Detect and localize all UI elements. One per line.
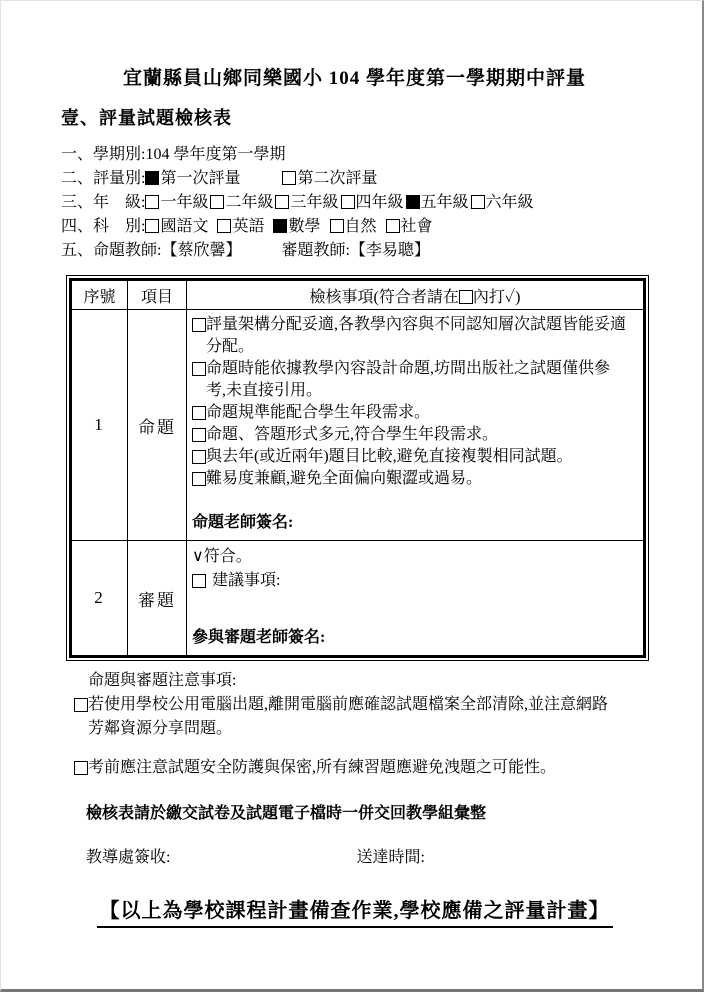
check-item-checkbox[interactable] [192,362,206,376]
check-item-text: 與去年(或近兩年)題目比較,避免直接複製相同試題。 [206,446,573,468]
suggestion-checkbox[interactable] [192,574,206,588]
check-item: 難易度兼顧,避免全面偏向艱澀或過易。 [192,468,639,490]
check-item: 命題、答題形式多元,符合學生年段需求。 [192,424,639,446]
note-checkbox[interactable] [74,698,88,712]
submit-note: 檢核表請於繳交試卷及試題電子檔時一併交回教學組彙整 [86,802,648,826]
check-item-text: 難易度兼顧,避免全面偏向艱澀或過易。 [206,468,482,490]
subject-1-label: 國語文 [160,218,208,235]
subject-line: 四、科 別:國語文英語數學自然社會 [61,215,648,239]
teachers-line: 五、命題教師:【蔡欣馨】審題教師:【李易聰】 [61,239,648,263]
assessment-option-1: 第一次評量 [145,170,240,187]
check-item-checkbox[interactable] [192,472,206,486]
document-content: 宜蘭縣員山鄉同樂國小 104 學年度第一學期期中評量 壹、評量試題檢核表 一、學… [1,1,702,928]
note-item: 考前應注意試題安全防護與保密,所有練習題應避免洩題之可能性。 [74,756,648,780]
subject-1-checkbox[interactable] [145,219,159,233]
proposer-teacher-name: 【蔡欣馨】 [161,242,241,259]
assessment-line: 二、評量別:第一次評量第二次評量 [61,167,648,191]
row1-item: 命題 [128,310,187,541]
grade-option-4: 四年級 [341,194,404,211]
subject-option-5: 社會 [386,218,433,235]
grade-label: 三、年 級: [61,194,145,211]
seq-header: 序號 [71,280,128,310]
semester-label: 一、學期別: [61,146,145,163]
check-item: 與去年(或近兩年)題目比較,避免直接複製相同試題。 [192,446,639,468]
subject-2-label: 英語 [232,218,264,235]
review-teacher-name: 【李易聰】 [350,242,430,259]
subject-option-1: 國語文 [145,218,208,235]
semester-line: 一、學期別:104 學年度第一學期 [61,143,648,167]
note-text: 若使用學校公用電腦出題,離開電腦前應確認試題檔案全部清除,並注意網路芳鄰資源分享… [88,693,608,741]
criteria-header-text-pre: 檢核事項(符合者請在 [310,289,459,306]
row2-item: 審題 [128,541,187,657]
row2-content: ∨符合。 建議事項: 參與審題老師簽名: [187,541,645,657]
subject-4-checkbox[interactable] [330,219,344,233]
grade-1-label: 一年級 [160,194,208,211]
checklist-table: 序號 項目 檢核事項(符合者請在內打✓) 1 命題 評量架構分配妥適,各教學內容… [69,278,646,658]
grade-3-label: 三年級 [290,194,338,211]
grade-option-5: 五年級 [406,194,469,211]
grade-option-2: 二年級 [210,194,273,211]
check-item: 命題時能依據教學內容設計命題,坊間出版社之試題僅供參考,未直接引用。 [192,358,639,402]
criteria-header-checkbox [459,290,473,304]
bottom-banner: 【以上為學校課程計畫備查作業,學校應備之評量計畫】 [97,894,613,928]
delivery-time-label: 送達時間: [356,849,424,866]
check-item-checkbox[interactable] [192,450,206,464]
subject-5-checkbox[interactable] [386,219,400,233]
check-item-text: 命題時能依據教學內容設計命題,坊間出版社之試題僅供參考,未直接引用。 [206,358,628,402]
review-agree-mark: ∨符合。 [192,545,639,569]
subject-3-checkbox[interactable] [273,219,287,233]
document-title: 宜蘭縣員山鄉同樂國小 104 學年度第一學期期中評量 [61,63,648,90]
proposer-signature-label: 命題老師簽名: [192,512,639,534]
check-item-checkbox[interactable] [192,318,206,332]
grade-6-checkbox[interactable] [471,195,485,209]
grade-4-checkbox[interactable] [341,195,355,209]
grade-2-label: 二年級 [225,194,273,211]
row1-content: 評量架構分配妥適,各教學內容與不同認知層次試題皆能妥適分配。 命題時能依據教學內… [187,310,645,541]
subject-option-4: 自然 [330,218,377,235]
office-sign-label: 教導處簽收: [86,849,170,866]
grade-5-checkbox[interactable] [406,195,420,209]
assessment-2-label: 第二次評量 [297,170,377,187]
criteria-header: 檢核事項(符合者請在內打✓) [187,280,645,310]
semester-value: 104 學年度第一學期 [145,146,285,163]
note-text: 考前應注意試題安全防護與保密,所有練習題應避免洩題之可能性。 [88,756,556,780]
check-item-checkbox[interactable] [192,428,206,442]
section-heading: 壹、評量試題檢核表 [61,104,648,130]
item-header: 項目 [128,280,187,310]
grade-3-checkbox[interactable] [275,195,289,209]
sign-row: 教導處簽收:送達時間: [86,846,648,870]
subject-2-checkbox[interactable] [217,219,231,233]
assessment-1-checkbox[interactable] [145,171,159,185]
grade-1-checkbox[interactable] [145,195,159,209]
note-item: 若使用學校公用電腦出題,離開電腦前應確認試題檔案全部清除,並注意網路芳鄰資源分享… [74,693,648,741]
check-item-text: 評量架構分配妥適,各教學內容與不同認知層次試題皆能妥適分配。 [206,314,628,358]
note-checkbox[interactable] [74,761,88,775]
table-row-reviewing: 2 審題 ∨符合。 建議事項: 參與審題老師簽名: [71,541,645,657]
table-row-proposing: 1 命題 評量架構分配妥適,各教學內容與不同認知層次試題皆能妥適分配。 命題時能… [71,310,645,541]
check-item: 評量架構分配妥適,各教學內容與不同認知層次試題皆能妥適分配。 [192,314,639,358]
check-item: 命題規準能配合學生年段需求。 [192,402,639,424]
assessment-option-2: 第二次評量 [282,170,377,187]
info-section: 一、學期別:104 學年度第一學期 二、評量別:第一次評量第二次評量 三、年 級… [61,143,648,263]
subject-label: 四、科 別: [61,218,145,235]
criteria-header-text-post: 內打✓) [473,289,521,306]
row1-seq: 1 [71,310,128,541]
subject-option-2: 英語 [217,218,264,235]
suggestion-label: 建議事項: [212,569,280,593]
suggestion-line: 建議事項: [192,569,639,593]
grade-4-label: 四年級 [356,194,404,211]
banner-row: 【以上為學校課程計畫備查作業,學校應備之評量計畫】 [61,894,648,928]
subject-option-3: 數學 [273,218,320,235]
grade-2-checkbox[interactable] [210,195,224,209]
subject-5-label: 社會 [401,218,433,235]
notes-heading: 命題與審題注意事項: [88,669,648,693]
assessment-1-label: 第一次評量 [160,170,240,187]
grade-option-6: 六年級 [471,194,534,211]
check-item-text: 命題規準能配合學生年段需求。 [206,402,430,424]
assessment-label: 二、評量別: [61,170,145,187]
grade-option-1: 一年級 [145,194,208,211]
assessment-2-checkbox[interactable] [282,171,296,185]
grade-5-label: 五年級 [421,194,469,211]
check-item-text: 命題、答題形式多元,符合學生年段需求。 [206,424,498,446]
proposer-teacher-label: 五、命題教師: [61,242,161,259]
checklist-table-frame: 序號 項目 檢核事項(符合者請在內打✓) 1 命題 評量架構分配妥適,各教學內容… [66,275,649,661]
check-item-checkbox[interactable] [192,406,206,420]
row2-seq: 2 [71,541,128,657]
reviewer-signature-label: 參與審題老師簽名: [192,627,639,649]
grade-line: 三、年 級:一年級二年級三年級四年級五年級六年級 [61,191,648,215]
subject-4-label: 自然 [345,218,377,235]
review-teacher-label: 審題教師: [281,242,349,259]
subject-3-label: 數學 [288,218,320,235]
notes-section: 命題與審題注意事項: 若使用學校公用電腦出題,離開電腦前應確認試題檔案全部清除,… [61,669,648,780]
grade-6-label: 六年級 [486,194,534,211]
grade-option-3: 三年級 [275,194,338,211]
document-page: 宜蘭縣員山鄉同樂國小 104 學年度第一學期期中評量 壹、評量試題檢核表 一、學… [0,0,704,992]
table-header-row: 序號 項目 檢核事項(符合者請在內打✓) [71,280,645,310]
